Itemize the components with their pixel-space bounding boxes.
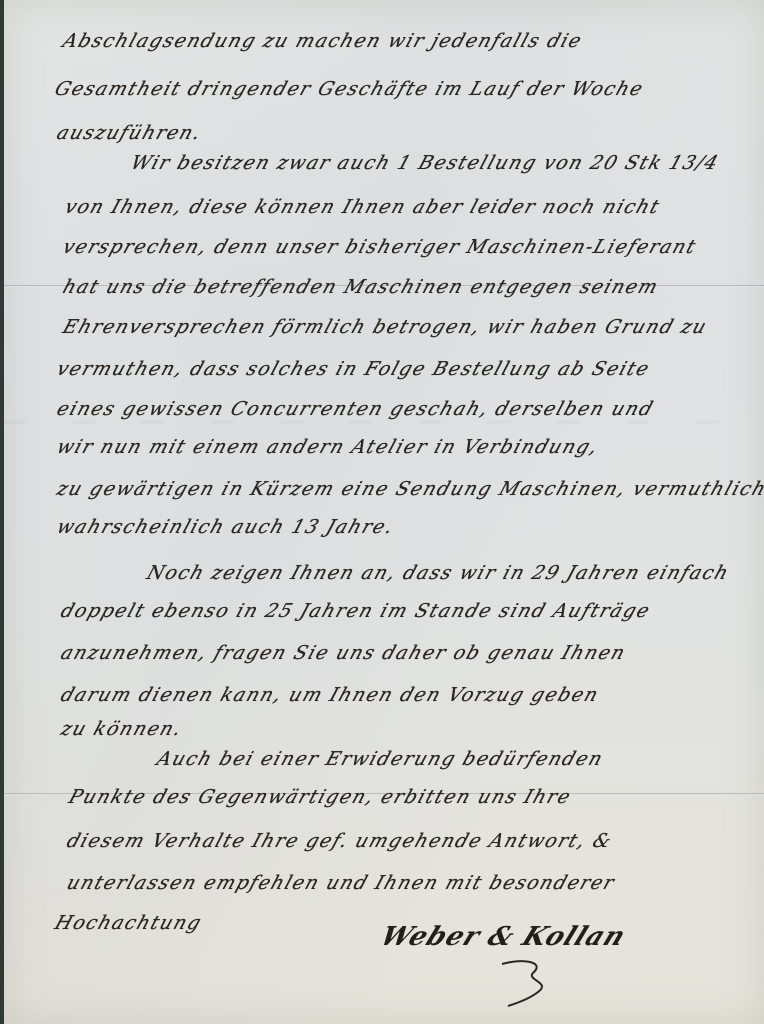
letter-line-6: versprechen, denn unser bisheriger Masch… [60, 236, 700, 258]
letter-page: Abschlagsendung zu machen wir jedenfalls… [4, 0, 764, 1024]
letter-line-20: Punkte des Gegenwärtigen, erbitten uns I… [66, 786, 574, 808]
letter-line-17: darum dienen kann, um Ihnen den Vorzug g… [58, 684, 602, 706]
letter-line-7: hat uns die betreffenden Maschinen entge… [60, 276, 662, 298]
letter-line-10: eines gewissen Concurrenten geschah, der… [54, 398, 657, 420]
letter-line-2: Gesamtheit dringender Geschäfte im Lauf … [52, 78, 647, 100]
letter-line-11: wir nun mit einem andern Atelier in Verb… [54, 436, 602, 458]
signature: Weber & Kollan [376, 922, 631, 952]
letter-line-19: Auch bei einer Erwiderung bedürfenden [154, 748, 606, 770]
signature-flourish-icon [494, 958, 564, 1008]
letter-line-9: vermuthen, dass solches in Folge Bestell… [54, 358, 653, 380]
letter-line-13: wahrscheinlich auch 13 Jahre. [54, 516, 397, 538]
letter-line-22: unterlassen empfehlen und Ihnen mit beso… [64, 872, 618, 894]
letter-line-8: Ehrenversprechen förmlich betrogen, wir … [60, 316, 710, 338]
letter-line-4: Wir besitzen zwar auch 1 Bestellung von … [128, 152, 722, 174]
letter-line-12: zu gewärtigen in Kürzem eine Sendung Mas… [54, 478, 764, 500]
letter-line-23: Hochachtung [52, 912, 205, 934]
paper-texture [4, 420, 764, 424]
letter-line-16: anzunehmen, fragen Sie uns daher ob gena… [58, 642, 629, 664]
letter-line-3: auszuführen. [54, 122, 205, 144]
letter-line-5: von Ihnen, diese können Ihnen aber leide… [62, 196, 663, 218]
letter-line-18: zu können. [58, 718, 185, 740]
letter-line-15: doppelt ebenso in 25 Jahren im Stande si… [58, 600, 654, 622]
letter-line-1: Abschlagsendung zu machen wir jedenfalls… [60, 30, 585, 52]
letter-line-14: Noch zeigen Ihnen an, dass wir in 29 Jah… [144, 562, 732, 584]
letter-line-21: diesem Verhalte Ihre gef. umgehende Antw… [64, 830, 615, 852]
